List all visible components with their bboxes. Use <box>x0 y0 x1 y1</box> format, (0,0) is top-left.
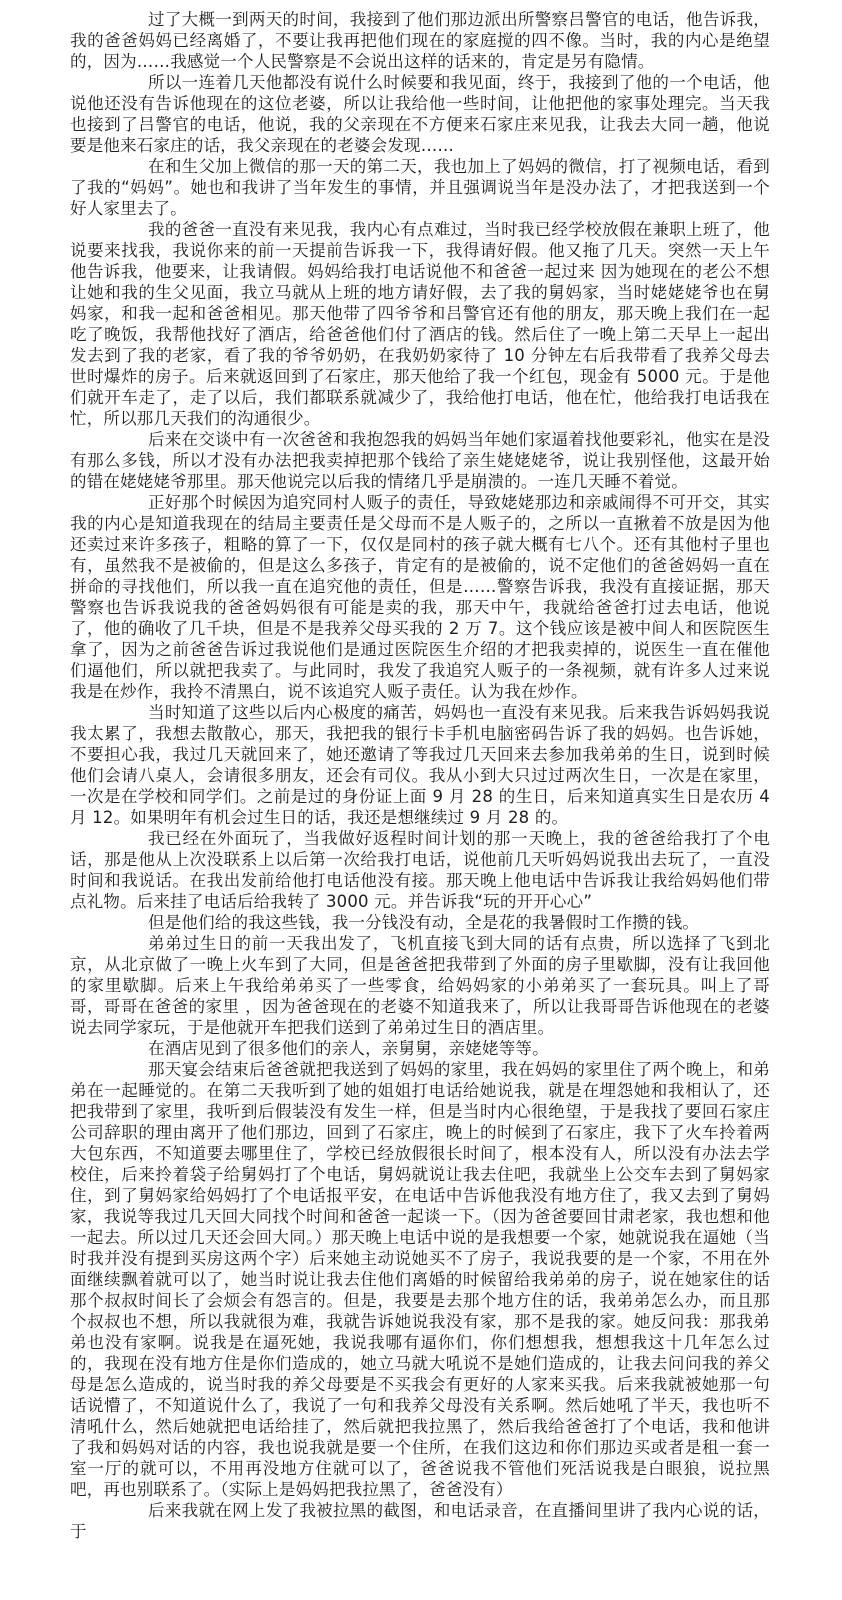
document-body: 过了大概一到两天的时间，我接到了他们那边派出所警察吕警官的电话，他告诉我，我的爸… <box>0 0 842 1600</box>
paragraph: 后来我就在网上发了我被拉黑的截图，和电话录音，在直播间里讲了我内心说的话，于 <box>70 1500 770 1542</box>
paragraph: 弟弟过生日的前一天我出发了，飞机直接飞到大同的话有点贵，所以选择了飞到北京，从北… <box>70 933 770 1038</box>
paragraph: 过了大概一到两天的时间，我接到了他们那边派出所警察吕警官的电话，他告诉我，我的爸… <box>70 9 770 72</box>
paragraph: 我的爸爸一直没有来见我，我内心有点难过，当时我已经学校放假在兼职上班了，他说要来… <box>70 219 770 429</box>
paragraph: 当时知道了这些以后内心极度的痛苦，妈妈也一直没有来见我。后来我告诉妈妈我说我太累… <box>70 702 770 828</box>
document-page: 过了大概一到两天的时间，我接到了他们那边派出所警察吕警官的电话，他告诉我，我的爸… <box>0 0 842 1600</box>
paragraph: 那天宴会结束后爸爸就把我送到了妈妈的家里，我在妈妈的家里住了两个晚上，和弟弟在一… <box>70 1059 770 1500</box>
paragraph: 所以一连着几天他都没有说什么时候要和我见面，终于，我接到了他的一个电话，他说他还… <box>70 72 770 156</box>
paragraph: 我已经在外面玩了，当我做好返程时间计划的那一天晚上，我的爸爸给我打了个电话，那是… <box>70 828 770 912</box>
paragraph: 在酒店见到了很多他们的亲人，亲舅舅，亲姥姥等等。 <box>70 1038 770 1059</box>
paragraph: 在和生父加上微信的那一天的第二天，我也加上了妈妈的微信，打了视频电话，看到了我的… <box>70 156 770 219</box>
paragraph: 正好那个时候因为追究同村人贩子的责任，导致姥姥那边和亲戚闹得不可开交，其实我的内… <box>70 492 770 702</box>
paragraph: 后来在交谈中有一次爸爸和我抱怨我的妈妈当年她们家逼着找他要彩礼，他实在是没有那么… <box>70 429 770 492</box>
paragraph: 但是他们给的我这些钱，我一分钱没有动，全是花的我暑假时工作攒的钱。 <box>70 912 770 933</box>
